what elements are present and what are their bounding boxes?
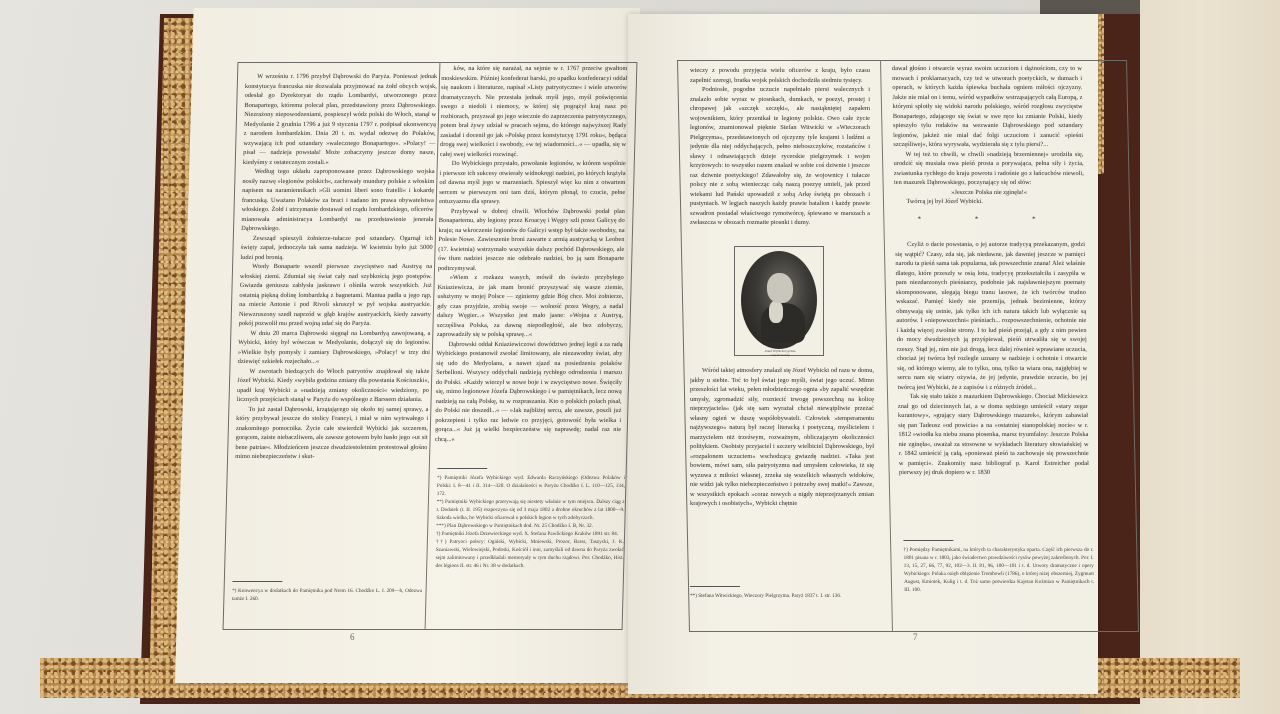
paragraph: »Wiem z rozkazu wasych, mówił do świeżo … (437, 273, 624, 340)
portrait-figure-body (761, 303, 805, 343)
paragraph: W dniu 20 marca Dąbrowski sięgnął na Lom… (238, 329, 431, 367)
paragraph: Tak się stało także z mazurkiem Dąbrowsk… (898, 392, 1089, 478)
section-break-stars: * * * (895, 215, 1085, 225)
paragraph: Wśród takiej atmosfery znalazł się Józef… (690, 366, 874, 509)
left-page-column-1: W wrześniu r. 1796 przybył Dąbrowski do … (231, 72, 438, 627)
paragraph: dawał głośno i otwarcie wyraz swoim uczu… (892, 64, 1083, 150)
footnote: ***) Plan Dąbrowskiego w Pamiętnikach do… (436, 522, 624, 530)
footnote: **) Stefana Witwickiego, Wieczory Pielgr… (690, 592, 880, 600)
paragraph: Dąbrowski oddał Kniaziewiczowi dowództwo… (435, 340, 623, 445)
portrait-figure-head (767, 273, 793, 303)
footnote: *) Pamiętniki Józefa Wybickiego wyd. Edw… (437, 474, 625, 498)
right-page-footnotes-1: **) Stefana Witwickiego, Wieczory Pielgr… (690, 580, 880, 620)
paragraph: wieczy z powodu przyjęcia wielu oficerów… (690, 66, 870, 85)
portrait-oval (741, 251, 817, 349)
footnote-rule (903, 540, 953, 541)
footnote: *) Konwencya w dodatkach do Pamiętnika p… (232, 587, 422, 603)
portrait-figure-cravat (769, 301, 783, 323)
right-page-column-2: dawał głośno i otwarcie wyraz swoim uczu… (892, 64, 1090, 534)
paragraph: Wtedy Bonaparte wszedł pierwsze zwycięst… (239, 262, 433, 329)
page-number-right: 7 (913, 632, 918, 642)
footnote: **) Pamiętniki Wybickiego przerywają się… (436, 498, 624, 522)
author-line: Twórcą jej był Józef Wybicki. (894, 197, 1084, 207)
paragraph: ków, na które się narażał, na sejmie w r… (440, 64, 628, 159)
footnote-rule (437, 468, 487, 469)
paragraph: Do Wybickiego przystało, powołanie legio… (439, 159, 626, 207)
footnote: †) Pomiędzy Pamiętnikami, na których ta … (903, 546, 1094, 594)
paragraph: To już zastał Dąbrowski, krzątającego si… (235, 405, 428, 462)
footnote: ††) Patryoci polscy: Ogiński, Wybicki, M… (435, 538, 624, 570)
right-page-column-1-lower: Wśród takiej atmosfery znalazł się Józef… (690, 366, 874, 592)
paragraph: Przybywał w dobrej chwili. Włochów Dąbro… (438, 207, 625, 274)
footnote: †) Pamiętniki Józefa Drzewieckiego wyd. … (436, 530, 624, 538)
portrait-caption: Józef Wybicki (rycina współczesna) (757, 349, 803, 357)
footnote-rule (232, 581, 282, 582)
left-page-footnotes-1: *) Konwencya w dodatkach do Pamiętnika p… (231, 575, 422, 615)
paragraph: Podniosłe, pogodne uczucie napełniało pi… (690, 85, 870, 228)
paragraph: Zewsząd spieszyli żołnierze-tułacze pod … (240, 234, 433, 263)
paragraph: W zwrotach biedzących do Włoch patryotów… (237, 367, 430, 405)
right-page-footnotes-2: †) Pomiędzy Pamiętnikami, na których ta … (903, 534, 1095, 624)
left-page-column-2: ków, na które się narażał, na sejmie w r… (435, 64, 628, 464)
paragraph: Czyliż o dacie powstania, o jej autorze … (895, 240, 1088, 392)
left-page-footnotes-2: *) Pamiętniki Józefa Wybickiego wyd. Edw… (435, 462, 626, 612)
paragraph: W tej też to chwili, w chwili »nadzieją … (893, 150, 1084, 188)
footnote-rule (690, 586, 740, 587)
paragraph: Według tego układu zaproponowane przez D… (241, 167, 435, 234)
book-back-cover-edge (1040, 0, 1140, 14)
paragraph: W wrześniu r. 1796 przybył Dąbrowski do … (243, 72, 437, 167)
page-number-left: 6 (350, 632, 355, 642)
right-page-column-1: wieczy z powodu przyjęcia wielu oficerów… (690, 66, 870, 242)
anthem-incipit: »Jeszcze Polska nie zginęła!« (894, 188, 1084, 198)
portrait-engraving: Józef Wybicki (rycina współczesna) (734, 246, 824, 356)
